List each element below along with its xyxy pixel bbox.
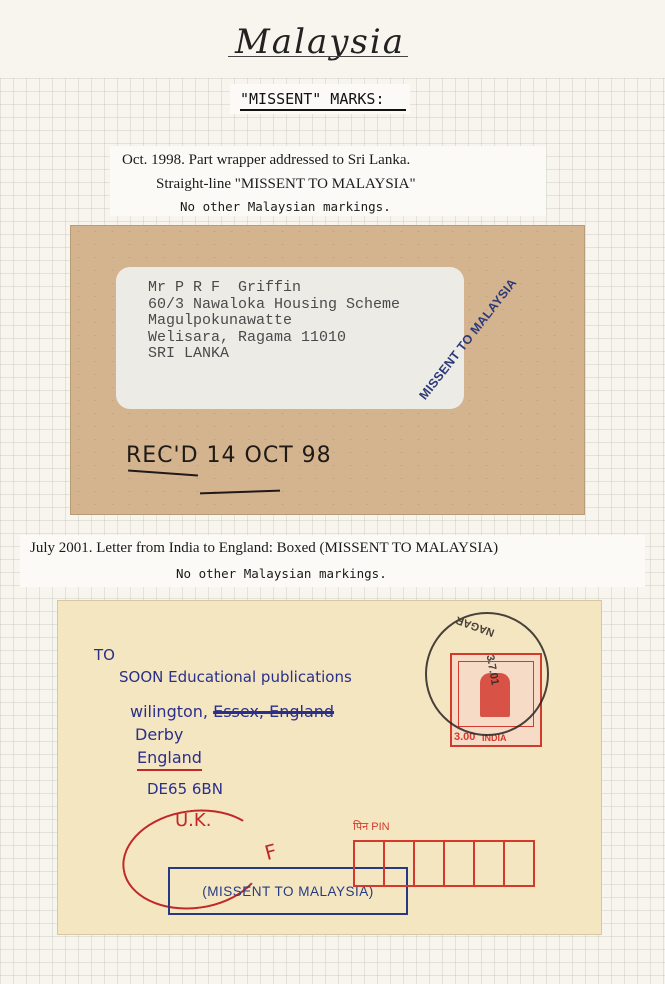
postmark-place: NAGAR <box>454 613 496 638</box>
item1-caption-line2: Straight-line "MISSENT TO MALAYSIA" <box>156 176 416 193</box>
item1-caption-line1: Oct. 1998. Part wrapper addressed to Sri… <box>122 152 410 169</box>
address-line: SRI LANKA <box>148 345 229 362</box>
address-to: TO <box>94 646 115 664</box>
pin-box <box>445 842 475 885</box>
address-line: Mr P R F Griffin <box>148 279 301 296</box>
wrapper-sri-lanka: Mr P R F Griffin 60/3 Nawaloka Housing S… <box>70 225 585 515</box>
pin-box <box>475 842 505 885</box>
postmark-date: 3.7.01 <box>484 654 501 686</box>
letter-india-england: TO SOON Educational publications wilingt… <box>57 600 602 935</box>
heading-underline <box>240 109 406 111</box>
section-heading: "MISSENT" MARKS: <box>240 90 385 108</box>
typed-address: Mr P R F Griffin 60/3 Nawaloka Housing S… <box>148 280 400 363</box>
address-line3: Derby <box>135 725 183 744</box>
address-line: Welisara, Ragama 11010 <box>148 329 346 346</box>
received-note: REC'D 14 OCT 98 <box>126 443 332 468</box>
item2-caption-line1: July 2001. Letter from India to England:… <box>30 540 498 557</box>
pin-box <box>415 842 445 885</box>
item1-caption-line3: No other Malaysian markings. <box>180 199 391 214</box>
address-line: 60/3 Nawaloka Housing Scheme <box>148 296 400 313</box>
note-underline <box>200 490 280 495</box>
address-line: Magulpokunawatte <box>148 312 292 329</box>
item2-caption-line2: No other Malaysian markings. <box>176 566 387 581</box>
note-underline <box>128 470 198 477</box>
address-line5: DE65 6BN <box>147 780 223 798</box>
pin-box <box>355 842 385 885</box>
address-line2-text: wilington, <box>130 702 208 721</box>
pin-box <box>505 842 533 885</box>
address-line4: England <box>137 748 202 771</box>
struck-text: Essex, England <box>213 702 334 721</box>
postmark: NAGAR 3.7.01 <box>425 612 549 736</box>
title-underline <box>228 56 408 57</box>
pin-label: पिन PIN <box>353 819 390 834</box>
pin-code-boxes <box>353 840 535 887</box>
pin-box <box>385 842 415 885</box>
address-line1: SOON Educational publications <box>119 668 352 686</box>
address-line2: wilington, Essex, England <box>130 702 334 721</box>
